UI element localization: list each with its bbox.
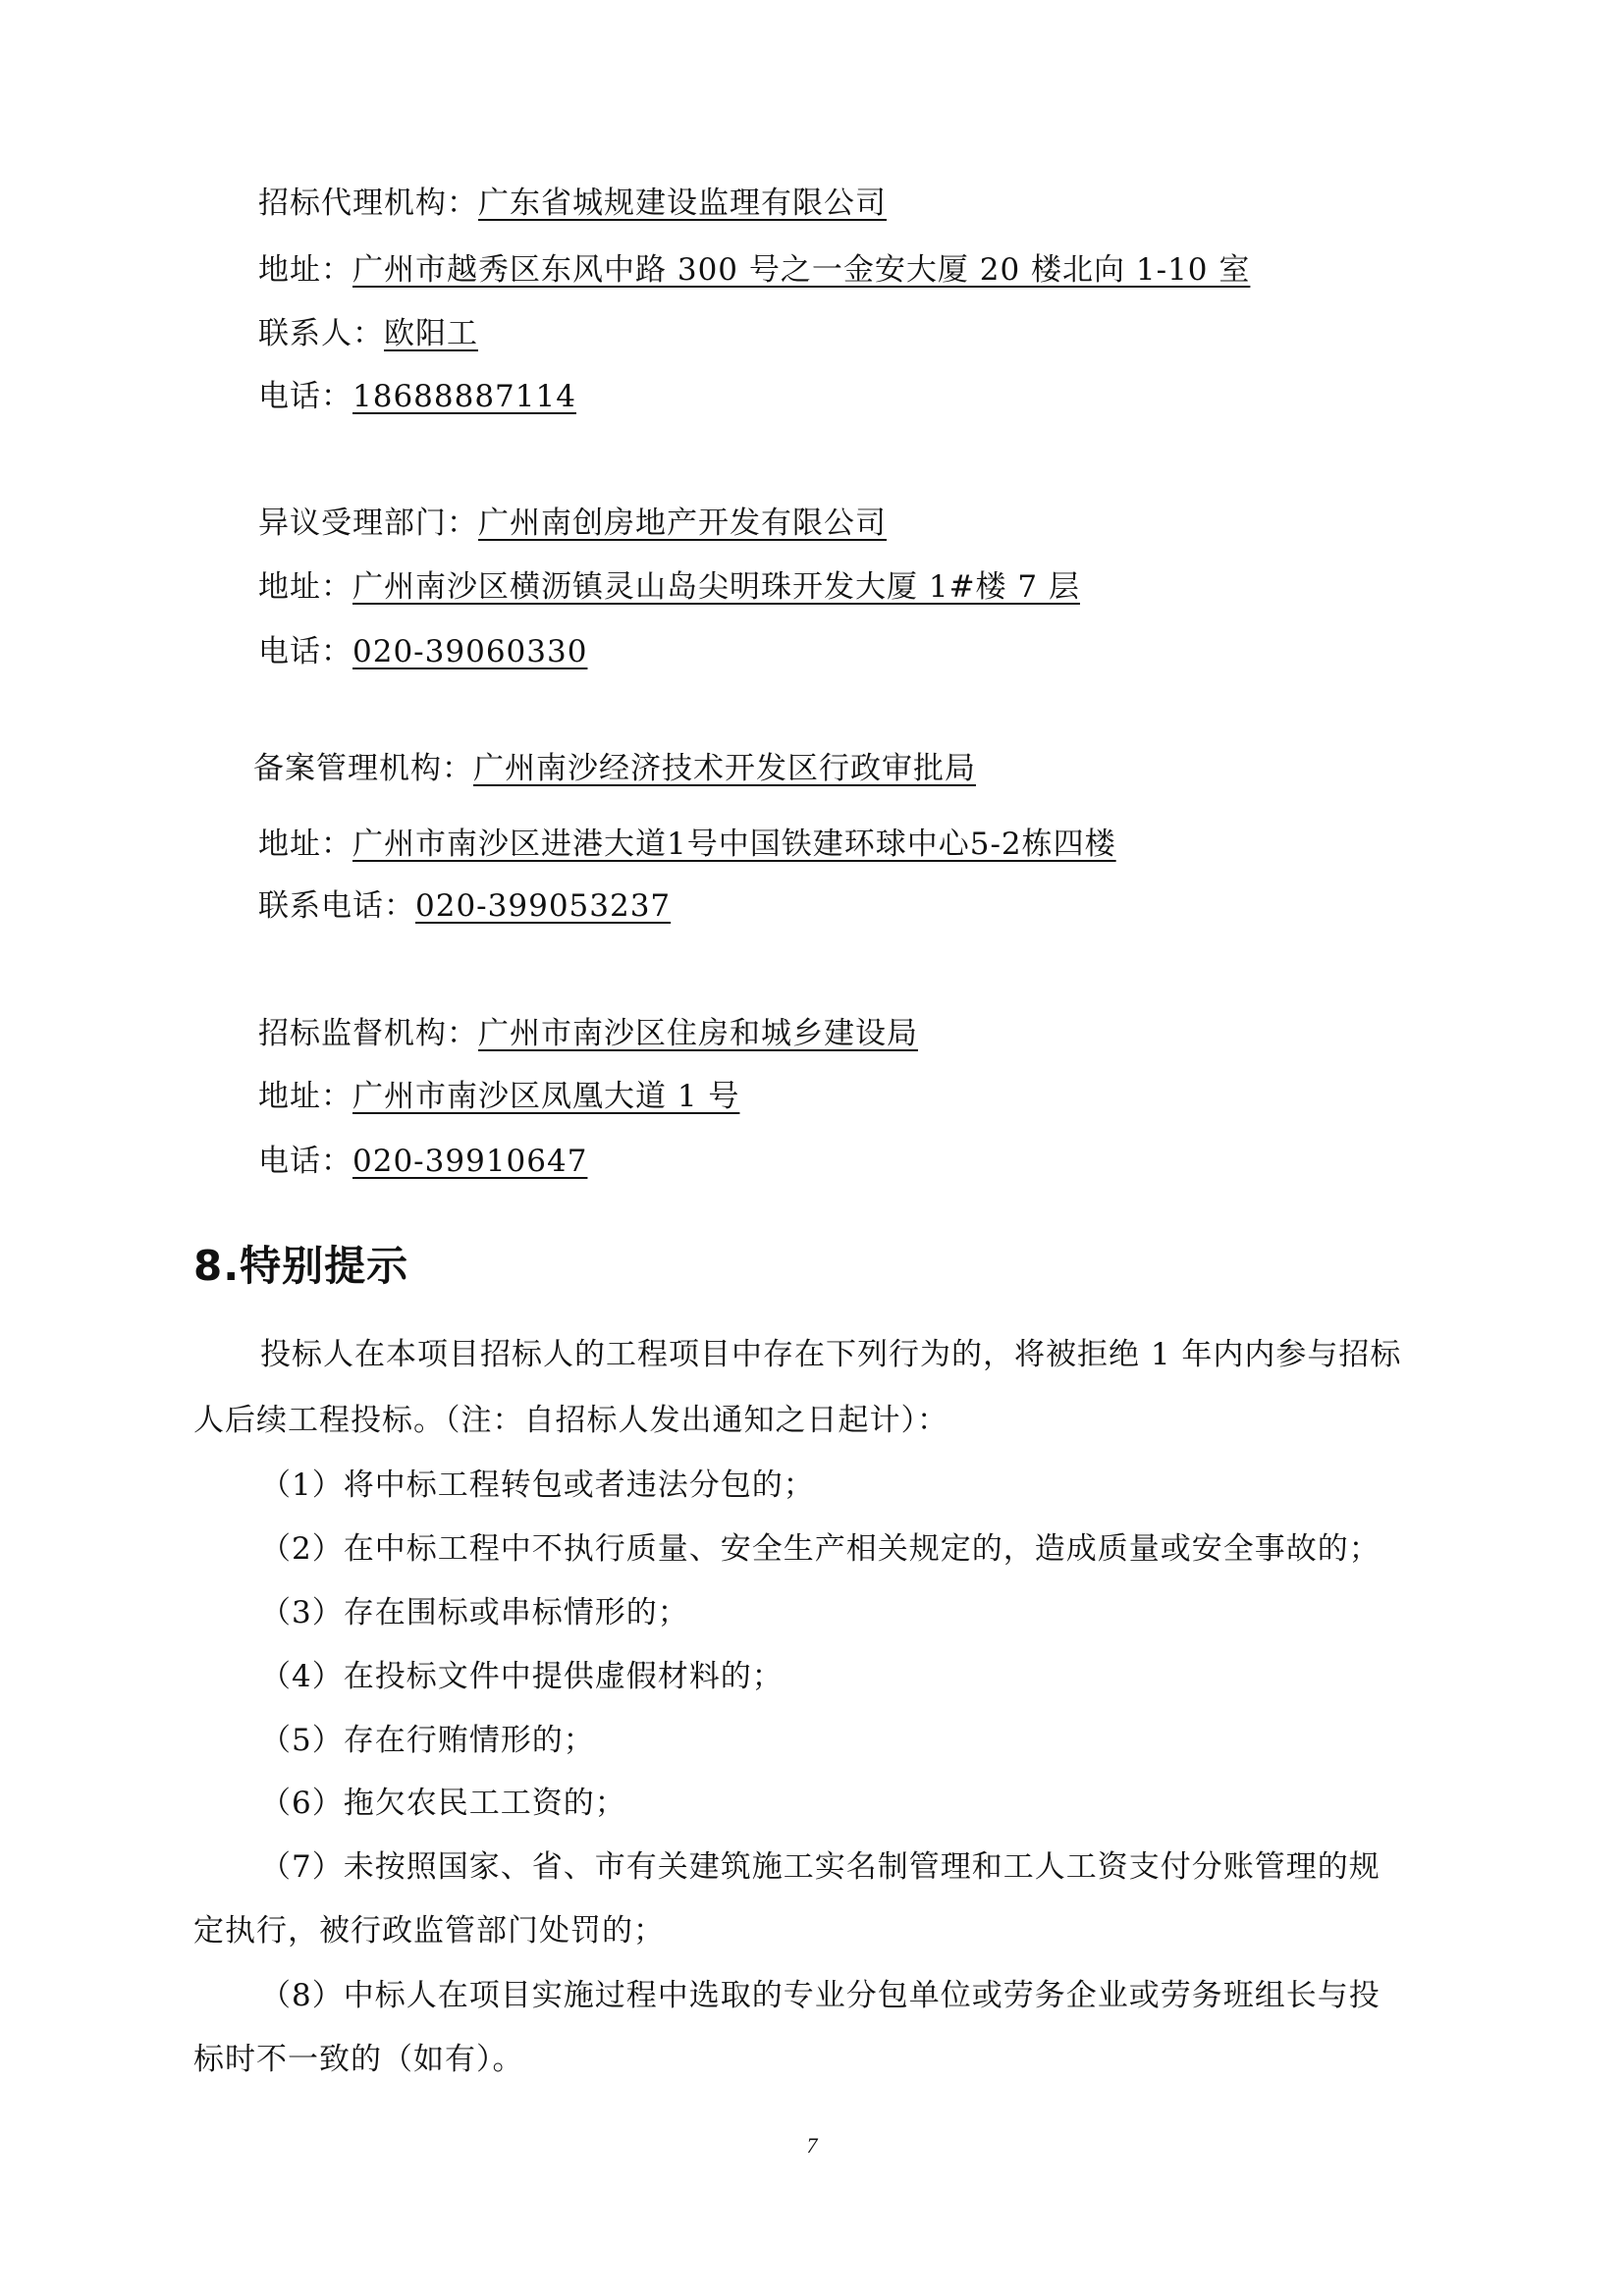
objection-name-value: 广州南创房地产开发有限公司 bbox=[478, 506, 887, 541]
filing-phone-label: 联系电话： bbox=[258, 888, 415, 924]
list-item-8: （8）中标人在项目实施过程中选取的专业分包单位或劳务企业或劳务班组长与投 bbox=[260, 1976, 1380, 2015]
list-item-4: （4）在投标文件中提供虚假材料的； bbox=[260, 1657, 784, 1696]
list-item-6: （6）拖欠农民工工资的； bbox=[260, 1784, 626, 1823]
supervision-phone-label: 电话： bbox=[258, 1144, 352, 1179]
intro-line-1: 投标人在本项目招标人的工程项目中存在下列行为的，将被拒绝 1 年内内参与招标 bbox=[260, 1335, 1401, 1374]
agency-contact-label: 联系人： bbox=[258, 316, 384, 351]
filing-name-line: 备案管理机构：广州南沙经济技术开发区行政审批局 bbox=[253, 749, 976, 788]
list-item-7: （7）未按照国家、省、市有关建筑施工实名制管理和工人工资支付分账管理的规 bbox=[260, 1847, 1380, 1887]
filing-phone-value: 020-399053237 bbox=[415, 888, 671, 924]
filing-phone-line: 联系电话：020-399053237 bbox=[258, 886, 671, 926]
supervision-address-line: 地址：广州市南沙区凤凰大道 1 号 bbox=[258, 1077, 739, 1116]
agency-phone-label: 电话： bbox=[258, 379, 352, 414]
list-item-5: （5）存在行贿情形的； bbox=[260, 1721, 595, 1760]
list-item-7-continuation: 定执行，被行政监管部门处罚的； bbox=[193, 1911, 665, 1950]
agency-phone-value: 18688887114 bbox=[352, 379, 576, 414]
objection-phone-line: 电话：020-39060330 bbox=[258, 632, 587, 671]
list-item-8-continuation: 标时不一致的（如有）。 bbox=[193, 2040, 524, 2079]
objection-phone-label: 电话： bbox=[258, 634, 352, 669]
objection-address-line: 地址：广州南沙区横沥镇灵山岛尖明珠开发大厦 1#楼 7 层 bbox=[258, 567, 1080, 607]
agency-contact-value: 欧阳工 bbox=[384, 316, 478, 351]
objection-name-line: 异议受理部门：广州南创房地产开发有限公司 bbox=[258, 504, 887, 543]
agency-address-value: 广州市越秀区东风中路 300 号之一金安大厦 20 楼北向 1-10 室 bbox=[352, 252, 1250, 288]
page-number: 7 bbox=[0, 2132, 1624, 2160]
supervision-name-label: 招标监督机构： bbox=[258, 1016, 478, 1051]
filing-address-line: 地址：广州市南沙区进港大道1号中国铁建环球中心5-2栋四楼 bbox=[258, 825, 1116, 864]
intro-line-2: 人后续工程投标。（注：自招标人发出通知之日起计）： bbox=[193, 1401, 948, 1440]
supervision-address-label: 地址： bbox=[258, 1079, 352, 1114]
agency-address-label: 地址： bbox=[258, 252, 352, 288]
filing-name-label: 备案管理机构： bbox=[253, 751, 473, 786]
supervision-phone-line: 电话：020-39910647 bbox=[258, 1142, 587, 1181]
agency-phone-line: 电话：18688887114 bbox=[258, 377, 576, 416]
objection-address-value: 广州南沙区横沥镇灵山岛尖明珠开发大厦 1#楼 7 层 bbox=[352, 569, 1080, 605]
section-heading: 8.特别提示 bbox=[193, 1241, 408, 1292]
supervision-phone-value: 020-39910647 bbox=[352, 1144, 587, 1179]
objection-address-label: 地址： bbox=[258, 569, 352, 605]
agency-name-line: 招标代理机构：广东省城规建设监理有限公司 bbox=[258, 184, 887, 223]
document-page: 招标代理机构：广东省城规建设监理有限公司 地址：广州市越秀区东风中路 300 号… bbox=[0, 0, 1624, 2296]
agency-name-label: 招标代理机构： bbox=[258, 186, 478, 221]
filing-address-value: 广州市南沙区进港大道1号中国铁建环球中心5-2栋四楼 bbox=[352, 827, 1116, 862]
list-item-3: （3）存在围标或串标情形的； bbox=[260, 1593, 689, 1632]
objection-name-label: 异议受理部门： bbox=[258, 506, 478, 541]
agency-address-line: 地址：广州市越秀区东风中路 300 号之一金安大厦 20 楼北向 1-10 室 bbox=[258, 250, 1250, 290]
filing-name-value: 广州南沙经济技术开发区行政审批局 bbox=[473, 751, 976, 786]
supervision-name-value: 广州市南沙区住房和城乡建设局 bbox=[478, 1016, 918, 1051]
agency-name-value: 广东省城规建设监理有限公司 bbox=[478, 186, 887, 221]
objection-phone-value: 020-39060330 bbox=[352, 634, 587, 669]
list-item-1: （1）将中标工程转包或者违法分包的； bbox=[260, 1466, 815, 1505]
agency-contact-line: 联系人：欧阳工 bbox=[258, 314, 478, 353]
supervision-address-value: 广州市南沙区凤凰大道 1 号 bbox=[352, 1079, 739, 1114]
filing-address-label: 地址： bbox=[258, 827, 352, 862]
list-item-2: （2）在中标工程中不执行质量、安全生产相关规定的，造成质量或安全事故的； bbox=[260, 1529, 1380, 1569]
supervision-name-line: 招标监督机构：广州市南沙区住房和城乡建设局 bbox=[258, 1014, 918, 1053]
